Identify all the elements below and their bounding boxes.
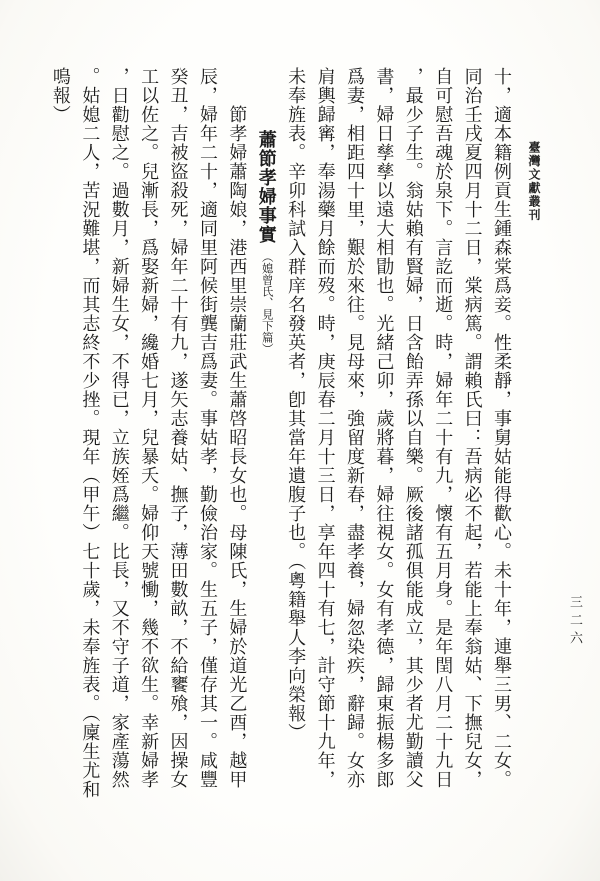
text-column: 辰，婦年二十，適同里阿候街龔吉爲妻。事姑孝，勤儉治家。生五子，僅存其一。咸豐 [193, 67, 222, 801]
text-column: 肩輿歸寗，奉湯藥月餘而歿。時，庚辰春二月十三日，享年四十有七，計守節十九年， [310, 67, 339, 801]
text-column: 十，適本籍例貢生鍾森棠爲妾。性柔靜，事舅姑能得歡心。未十年，連舉三男、二女。 [487, 67, 516, 801]
text-column: 癸丑，吉被盜殺死，婦年二十有九，遂矢志養姑、撫子，薄田數畝，不給饔飱，因操女 [163, 67, 192, 801]
text-column: 。姑媳二人，苦況難堪，而其志終不少挫。現年（甲午）七十歲，未奉旌表。（廩生尤和 [75, 67, 104, 801]
section-note: （媳曾氏、見下篇） [261, 251, 273, 355]
text-column: 書，婦日孳孳以遠大相勖也。光緒己卯，歲將暮，婦往視女。女有孝德，歸東振楊多郎 [369, 67, 398, 801]
page-number: 三二六 [566, 595, 585, 649]
text-column: 未奉旌表。辛卯科試入群庠名發英者，卽其當年遺腹子也。（粵籍舉人李向榮報） [281, 67, 310, 801]
text-column: ，日勸慰之。過數月，新婦生女，不得已，立族姪爲繼。比長，又不守子道，家產蕩然 [104, 67, 133, 801]
text-column: 節孝婦蕭陶娘，港西里崇蘭莊武生蕭啓昭長女也。母陳氏，生婦於道光乙酉，越甲 [222, 67, 251, 801]
text-block: 十，適本籍例貢生鍾森棠爲妾。性柔靜，事舅姑能得歡心。未十年，連舉三男、二女。同治… [46, 67, 517, 801]
scanned-book-page: 臺灣文獻叢刊 三二六 十，適本籍例貢生鍾森棠爲妾。性柔靜，事舅姑能得歡心。未十年… [0, 0, 600, 881]
series-title: 臺灣文獻叢刊 [526, 141, 543, 222]
text-column: 自可慰吾魂於泉下。言訖而逝。時，婦年二十有九，懷有五月身。是年閏八月二十九日 [428, 67, 457, 801]
text-column: 同治壬戌夏四月十二日，棠病篤。謂賴氏曰：吾病必不起，若能上奉翁姑、下撫兒女， [457, 67, 486, 801]
section-title: 蕭節孝婦事實 [257, 130, 277, 244]
text-column: 鳴報） [46, 67, 75, 801]
text-column: ，最少子生。翁姑賴有賢婦，日含飴弄孫以自樂。厥後諸孤俱能成立，其少者尤勤讀父 [398, 67, 427, 801]
section-heading: 蕭節孝婦事實（媳曾氏、見下篇） [251, 67, 280, 801]
text-column: 爲妻，相距四十里，艱於來往。見母來，強留度新春，盡孝養，婦忽染疾，辭歸。女亦 [340, 67, 369, 801]
text-column: 工以佐之。兒漸長，爲娶新婦，纔婚七月，兒暴夭。婦仰天號慟，幾不欲生。幸新婦孝 [134, 67, 163, 801]
